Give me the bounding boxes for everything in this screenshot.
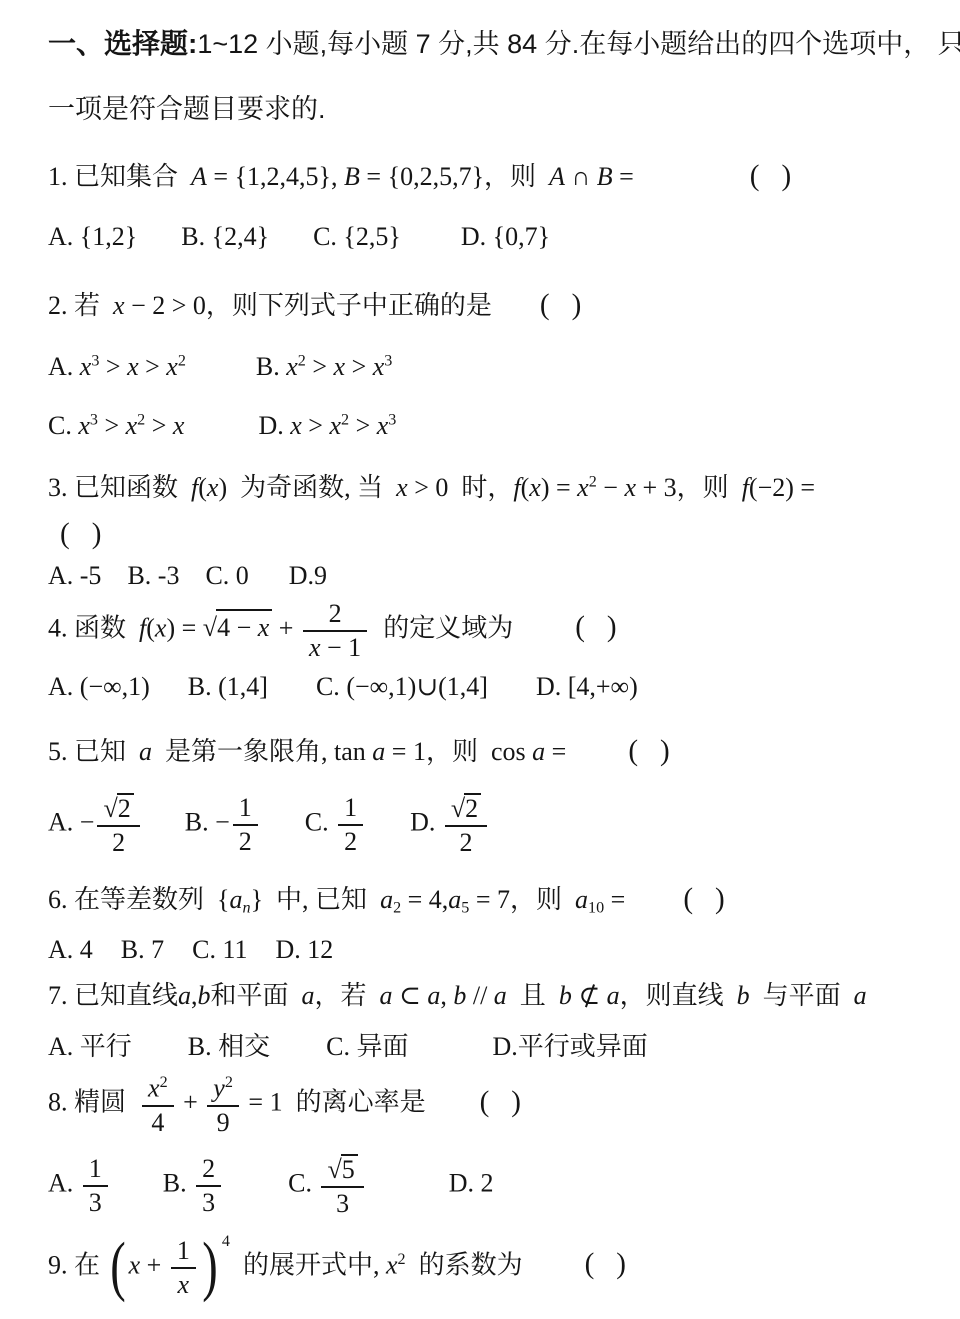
spacer (70, 542, 92, 543)
denominator: x − 1 (303, 632, 367, 662)
text: 7. 已知直线 (48, 981, 178, 1010)
superscript: 2 (160, 1074, 168, 1091)
fraction: 13 (83, 1154, 108, 1217)
text: C. (316, 672, 346, 701)
math-variable: a (427, 981, 440, 1010)
math-variable: x (377, 411, 389, 440)
fraction: 12 (338, 793, 363, 856)
math-text: − (215, 808, 230, 837)
math-text: 1 (89, 1154, 102, 1183)
math-variable: x (129, 1250, 141, 1279)
math-variable: a (372, 737, 385, 766)
math-variable: x (178, 1270, 190, 1299)
question-1: 1. 已知集合 A = {1,2,4,5}, B = {0,2,5,7}，则 A… (48, 158, 930, 195)
radical-sign: √ (203, 613, 216, 642)
spacer (693, 907, 715, 908)
question-2-options-cd: C. x3 > x2 > xD. x > x2 > x3 (48, 409, 930, 442)
close-paren: ) (202, 1239, 217, 1295)
exam-content: 一、选择题:1~12 小题,每小题 7 分,共 84 分.在每小题给出的四个选项… (48, 26, 930, 1299)
text: 3. 已知函数 (48, 473, 191, 502)
superscript: 2 (589, 473, 597, 490)
text: 9. 在 (48, 1250, 107, 1279)
math-text: (−∞,1) (80, 672, 150, 701)
math-variable: a (380, 885, 393, 914)
text: ，则 (510, 885, 575, 914)
question-6-options: A. 4B. 7C. 11D. 12 (48, 933, 930, 966)
math-variable: B (597, 162, 613, 191)
text: C. 0 (205, 561, 248, 590)
text: D. 12 (276, 935, 334, 964)
text: C. (288, 1168, 318, 1197)
math-variable: x (148, 1074, 160, 1103)
math-text: = (613, 162, 634, 191)
math-variable: b (198, 981, 211, 1010)
superscript: 2 (298, 353, 306, 370)
spacer (184, 433, 258, 434)
math-text: > (349, 411, 377, 440)
math-text: > (139, 352, 167, 381)
text: C. (48, 411, 78, 440)
answer-parens: () (628, 735, 669, 767)
text: A. (48, 672, 80, 701)
spacer (150, 694, 188, 695)
denominator: 3 (321, 1188, 363, 1218)
text: C. 11 (192, 935, 247, 964)
answer-parens: () (585, 1248, 626, 1280)
paren-content: x + 1x (129, 1236, 199, 1299)
question-2-options-ab: A. x3 > x > x2B. x2 > x > x3 (48, 350, 930, 383)
spacer (488, 694, 536, 695)
text: B. -3 (127, 561, 179, 590)
math-variable: f (742, 473, 749, 502)
math-variable: x (290, 411, 302, 440)
numerator: 1 (338, 793, 363, 826)
math-variable: a (494, 981, 507, 1010)
text: D. (410, 808, 442, 837)
math-variable: A (191, 162, 207, 191)
math-variable: x (173, 411, 185, 440)
subscript: n (243, 900, 251, 917)
math-variable: a (139, 737, 152, 766)
math-text: ( (146, 613, 155, 642)
spacer (101, 583, 127, 584)
question-8-options: A. 13B. 23C. √53D. 2 (48, 1153, 930, 1218)
text: B. (181, 222, 211, 251)
fraction: 2x − 1 (303, 599, 367, 662)
denominator: 2 (338, 826, 363, 856)
radicand: 2 (464, 793, 481, 823)
text: 的展开式中, (230, 1250, 386, 1279)
text: 5. 已知 (48, 737, 139, 766)
math-text: + 3 (636, 473, 677, 502)
math-text: 2 (460, 828, 473, 857)
superscript: 2 (225, 1074, 233, 1091)
question-9: 9. 在 (x + 1x)4 的展开式中, x2 的系数为() (48, 1236, 930, 1299)
denominator: 2 (445, 827, 487, 857)
spacer (489, 1110, 511, 1111)
math-text: (−2) = (749, 473, 815, 502)
math-text: 1 (344, 793, 357, 822)
math-text: 4 (151, 1108, 164, 1137)
text: 时， (448, 473, 513, 502)
header-bold-label: 一、选择题: (48, 28, 197, 59)
question-4-options: A. (−∞,1)B. (1,4]C. (−∞,1)∪(1,4]D. [4,+∞… (48, 670, 930, 703)
math-variable: x (155, 613, 167, 642)
math-text: ⊄ (572, 981, 607, 1010)
text: D.9 (289, 561, 327, 590)
text: ，则直线 (620, 981, 737, 1010)
text: ，则 (677, 473, 742, 502)
text: 的离心率是 (283, 1088, 426, 1117)
exam-page: 一、选择题:1~12 小题,每小题 7 分,共 84 分.在每小题给出的四个选项… (0, 0, 960, 1319)
math-text: 2 (118, 794, 131, 823)
math-text: 9 (217, 1108, 230, 1137)
open-paren: ( (628, 735, 638, 767)
math-text: > (345, 352, 373, 381)
radical-sign: √ (327, 1155, 340, 1184)
math-variable: x (126, 411, 138, 440)
math-variable: x (166, 352, 178, 381)
text: 8. 精圆 (48, 1088, 139, 1117)
denominator: 3 (83, 1187, 108, 1217)
close-paren: ) (715, 883, 725, 915)
spacer (249, 583, 289, 584)
answer-parens: () (575, 611, 616, 643)
spacer (760, 184, 782, 185)
math-variable: a (532, 737, 545, 766)
radical-sign: √ (103, 794, 116, 823)
numerator: √5 (321, 1153, 363, 1188)
spacer (268, 694, 316, 695)
close-paren: ) (616, 1248, 626, 1280)
math-text: 2 (112, 828, 125, 857)
spacer (132, 1054, 188, 1055)
answer-parens: () (480, 1086, 521, 1118)
math-text: − 2 > 0 (125, 291, 206, 320)
open-paren: ( (575, 611, 585, 643)
spacer (261, 830, 305, 831)
math-variable: x (334, 352, 346, 381)
numerator: √2 (445, 792, 487, 827)
radicand: 4 − x (216, 609, 272, 644)
math-text: 1 (177, 1236, 190, 1265)
fraction: 12 (233, 793, 258, 856)
math-text: tan (334, 737, 372, 766)
denominator: 4 (142, 1107, 174, 1137)
spacer (367, 1190, 449, 1191)
spacer (224, 1190, 288, 1191)
math-variable: a (575, 885, 588, 914)
open-paren: ( (585, 1248, 595, 1280)
math-variable: x (373, 352, 385, 381)
text: B. (185, 808, 215, 837)
math-text: = (545, 737, 566, 766)
math-variable: a (448, 885, 461, 914)
exponent: 4 (222, 1232, 230, 1253)
text: A. (48, 352, 80, 381)
text: 是第一象限角, (152, 737, 334, 766)
math-variable: x (113, 291, 125, 320)
open-paren: ( (60, 518, 70, 550)
math-text: = (604, 885, 625, 914)
question-3: 3. 已知函数 f(x) 为奇函数, 当 x > 0 时，f(x) = x2 −… (48, 471, 930, 504)
math-variable: y (213, 1074, 225, 1103)
open-paren: ( (540, 289, 550, 321)
math-variable: f (513, 473, 520, 502)
header-text: 1~12 小题,每小题 7 分,共 84 分.在每小题给出的四个选项中， 只有 (197, 29, 960, 59)
math-text: 4 − (217, 613, 258, 642)
math-text: 2 (202, 1154, 215, 1183)
denominator: 2 (233, 826, 258, 856)
math-variable: x (624, 473, 636, 502)
question-4: 4. 函数 f(x) = √4 − x + 2x − 1 的定义域为() (48, 599, 930, 662)
spacer (137, 244, 181, 245)
close-paren: ) (92, 518, 102, 550)
text: A. 4 (48, 935, 93, 964)
spacer (566, 759, 628, 760)
spacer (269, 244, 313, 245)
close-paren: ) (782, 160, 792, 192)
text: C. 异面 (326, 1032, 408, 1061)
math-text: ) = (541, 473, 577, 502)
math-variable: x (309, 633, 321, 662)
text: D.平行或异面 (492, 1032, 647, 1061)
spacer (585, 635, 607, 636)
text: B. 7 (121, 935, 164, 964)
math-variable: x (396, 473, 408, 502)
question-2: 2. 若 x − 2 > 0，则下列式子中正确的是() (48, 287, 930, 324)
math-text: > (145, 411, 173, 440)
math-text: = 1 (242, 1088, 283, 1117)
text: B. (188, 672, 218, 701)
text: D. (536, 672, 568, 701)
spacer (186, 374, 256, 375)
superscript: 3 (384, 353, 392, 370)
question-5: 5. 已知 a 是第一象限角, tan a = 1，则 cos a =() (48, 733, 930, 770)
denominator: x (171, 1269, 196, 1299)
math-variable: x (286, 352, 298, 381)
math-variable: b (559, 981, 572, 1010)
math-variable: x (329, 411, 341, 440)
close-paren: ) (660, 735, 670, 767)
text: ，则下列式子中正确的是 (206, 291, 492, 320)
open-paren: ( (750, 160, 760, 192)
radicand: 5 (341, 1154, 358, 1184)
math-text: 2 (329, 599, 342, 628)
section-header-line-2: 一项是符合题目要求的. (48, 92, 930, 127)
close-paren: ) (511, 1086, 521, 1118)
numerator: 1 (171, 1236, 196, 1269)
text: A. -5 (48, 561, 101, 590)
math-text: > (306, 352, 334, 381)
math-variable: b (737, 981, 750, 1010)
text: A. (48, 808, 80, 837)
text: B. (163, 1168, 193, 1197)
text: A. 平行 (48, 1032, 132, 1061)
spacer (550, 313, 572, 314)
radical-sign: √ (451, 794, 464, 823)
square-root: √4 − x (203, 609, 273, 644)
superscript: 2 (341, 412, 349, 429)
spacer (366, 830, 410, 831)
math-variable: x (529, 473, 541, 502)
square-root: √2 (103, 793, 133, 823)
math-variable: a (178, 981, 191, 1010)
math-text: ⊂ (393, 981, 428, 1010)
math-variable: x (207, 473, 219, 502)
math-text: = 1 (385, 737, 426, 766)
text: ，若 (315, 981, 380, 1010)
spacer (426, 1110, 480, 1111)
math-text: 5 (342, 1155, 355, 1184)
fraction: x24 (142, 1073, 174, 1137)
spacer (492, 313, 540, 314)
math-text: = {0,2,5,7} (360, 162, 484, 191)
math-variable: x (386, 1250, 398, 1279)
denominator: 3 (196, 1187, 221, 1217)
math-text: = {1,2,4,5}, (207, 162, 344, 191)
math-text: {1,2} (80, 222, 137, 251)
text: 为奇函数, 当 (227, 473, 396, 502)
spacer (111, 1190, 163, 1191)
question-3-answer-parens: () (48, 516, 930, 553)
answer-parens: () (60, 518, 101, 550)
superscript: 2 (178, 353, 186, 370)
spacer (638, 759, 660, 760)
math-variable: a (854, 981, 867, 1010)
superscript: 2 (398, 1251, 406, 1268)
text: 且 (507, 981, 559, 1010)
math-variable: x (577, 473, 589, 502)
math-text: > (302, 411, 330, 440)
spacer (523, 1272, 585, 1273)
numerator: 1 (233, 793, 258, 826)
text: 4. 函数 (48, 613, 139, 642)
square-root: √2 (451, 793, 481, 823)
text: 与平面 (750, 981, 854, 1010)
text: 的定义域为 (370, 613, 513, 642)
math-text: {2,4} (212, 222, 269, 251)
math-variable: x (80, 352, 92, 381)
math-text: 3 (202, 1188, 215, 1217)
answer-parens: () (540, 289, 581, 321)
math-text: , (440, 981, 453, 1010)
math-variable: x (258, 613, 270, 642)
text: 的系数为 (406, 1250, 523, 1279)
numerator: 1 (83, 1154, 108, 1187)
spacer (625, 907, 683, 908)
spacer (143, 830, 185, 831)
math-variable: A (549, 162, 565, 191)
math-text: − (597, 473, 625, 502)
answer-parens: () (750, 160, 791, 192)
text: ，则 (484, 162, 549, 191)
fraction: 23 (196, 1154, 221, 1217)
math-text: ∩ (565, 162, 597, 191)
math-text: ( (521, 473, 530, 502)
math-text: 3 (89, 1188, 102, 1217)
close-paren: ) (607, 611, 617, 643)
math-text: (1,4] (218, 672, 268, 701)
math-text: 1 (239, 793, 252, 822)
superscript: 3 (90, 412, 98, 429)
text: D. (258, 411, 290, 440)
question-1-options: A. {1,2}B. {2,4}C. {2,5}D. {0,7} (48, 220, 930, 253)
text: 1. 已知集合 (48, 162, 191, 191)
open-paren: ( (480, 1086, 490, 1118)
text: C. (305, 808, 335, 837)
close-paren: ) (572, 289, 582, 321)
math-text: // (466, 981, 493, 1010)
math-text: > (98, 411, 126, 440)
math-variable: B (344, 162, 360, 191)
text: 6. 在等差数列 (48, 885, 217, 914)
denominator: 9 (207, 1107, 239, 1137)
numerator: y2 (207, 1073, 239, 1106)
text: C. (313, 222, 343, 251)
math-text: [4,+∞) (568, 672, 638, 701)
numerator: √2 (97, 792, 139, 827)
math-text: 2 (465, 794, 478, 823)
text: 中, 已知 (263, 885, 380, 914)
spacer (48, 542, 60, 543)
text: B. 相交 (188, 1032, 270, 1061)
math-text: 2 (344, 827, 357, 856)
fraction: 1x (171, 1236, 196, 1299)
math-text: {0,7} (493, 222, 550, 251)
math-text: = 4, (401, 885, 448, 914)
subscript: 2 (393, 900, 401, 917)
fraction: √53 (321, 1153, 363, 1218)
math-text: > (99, 352, 127, 381)
math-text: } (251, 885, 263, 914)
math-text: = 7 (469, 885, 510, 914)
math-text: { (217, 885, 229, 914)
math-text: − (80, 808, 95, 837)
square-root: √5 (327, 1154, 357, 1184)
text: 和平面 (211, 981, 302, 1010)
question-5-options: A. −√22B. −12C. 12D. √22 (48, 792, 930, 857)
math-text: 2 (239, 827, 252, 856)
spacer (93, 957, 121, 958)
spacer (179, 583, 205, 584)
numerator: 2 (196, 1154, 221, 1187)
math-text: (−∞,1)∪(1,4] (346, 672, 488, 701)
text: D. 2 (449, 1168, 494, 1197)
math-text: + (140, 1250, 168, 1279)
spacer (513, 635, 575, 636)
fraction: √22 (445, 792, 487, 857)
spacer (401, 244, 461, 245)
numerator: 2 (303, 599, 367, 632)
math-text: > 0 (408, 473, 449, 502)
numerator: x2 (142, 1073, 174, 1106)
fraction: √22 (97, 792, 139, 857)
math-variable: a (607, 981, 620, 1010)
question-8: 8. 精圆 x24 + y29 = 1 的离心率是() (48, 1073, 930, 1137)
math-variable: x (127, 352, 139, 381)
question-6: 6. 在等差数列 {an} 中, 已知 a2 = 4,a5 = 7，则 a10 … (48, 881, 930, 919)
big-paren-group: (x + 1x)4 (107, 1236, 230, 1299)
math-text: − 1 (321, 633, 362, 662)
math-variable: x (78, 411, 90, 440)
math-variable: b (453, 981, 466, 1010)
math-variable: a (302, 981, 315, 1010)
math-text: ) (218, 473, 227, 502)
denominator: 2 (97, 827, 139, 857)
open-paren: ( (110, 1239, 125, 1295)
spacer (270, 1054, 326, 1055)
